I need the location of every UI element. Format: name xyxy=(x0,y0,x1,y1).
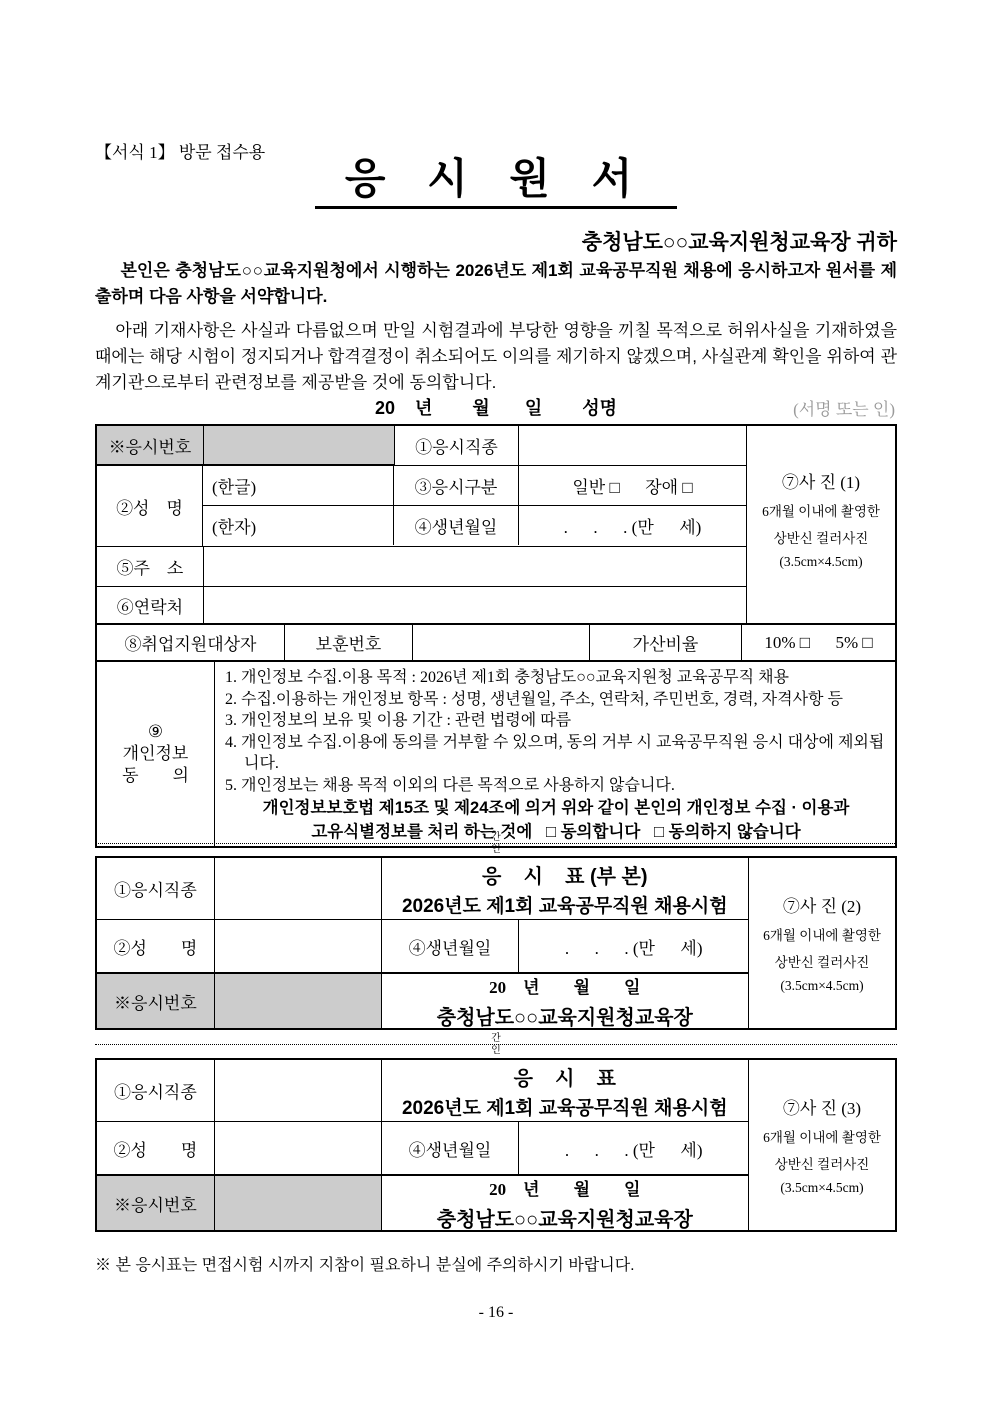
ticket-job-label: ①응시직종 xyxy=(97,1060,215,1121)
ticket-left-grid: ①응시직종 응 시 표 2026년도 제1회 교육공무직원 채용시험 ②성 명 … xyxy=(97,1060,749,1230)
exam-number-label: ※응시번호 xyxy=(97,426,204,466)
application-table: ※응시번호 ①응시직종 ②성 명 (한글) ③응시구분 일반 □ 장애 □ xyxy=(95,424,897,848)
address-input-cell[interactable] xyxy=(204,547,746,586)
ticket-job-input-cell[interactable] xyxy=(215,1060,382,1121)
category-label: ③응시구분 xyxy=(394,466,519,505)
ticket-copy-issuer: 충청남도○○교육지원청교육장 xyxy=(437,1001,693,1030)
ticket-copy-title-cell: 응 시 표 (부 본) 2026년도 제1회 교육공무직원 채용시험 xyxy=(382,858,748,919)
page-title: 응 시 원 서 xyxy=(315,156,677,209)
birth-date-label: ④생년월일 xyxy=(394,506,519,545)
photo-box-1: ⑦사 진 (1) 6개월 이내에 촬영한 상반신 컬러사진 (3.5cm×4.5… xyxy=(747,426,895,623)
photo-2-line1: 6개월 이내에 촬영한 xyxy=(763,924,881,944)
ticket-copy-exam-number-label: ※응시번호 xyxy=(97,974,215,1028)
separator-top-char: 간 xyxy=(95,1033,897,1044)
ticket-copy-job-label: ①응시직종 xyxy=(97,858,215,919)
ticket-title: 응 시 표 xyxy=(514,1062,616,1091)
document-title-row: 응 시 원 서 xyxy=(0,156,992,209)
date-signature-row: 20 년 월 일 성명 (서명 또는 인) xyxy=(95,394,897,420)
separator-bottom-char: 인 xyxy=(95,844,897,855)
exam-ticket-copy-table: ①응시직종 응 시 표 (부 본) 2026년도 제1회 교육공무직원 채용시험… xyxy=(95,856,897,1030)
address-label: ⑤주 소 xyxy=(97,547,204,586)
veteran-number-label: 보훈번호 xyxy=(285,625,413,660)
photo-2-line3: (3.5cm×4.5cm) xyxy=(780,978,863,994)
ticket-copy-subtitle: 2026년도 제1회 교육공무직원 채용시험 xyxy=(402,891,728,918)
agreement-paragraph: 아래 기재사항은 사실과 다름없으며 만일 시험결과에 부당한 영향을 끼칠 목… xyxy=(95,318,897,396)
ticket-copy-name-label: ②성 명 xyxy=(97,920,215,972)
birth-date-input-cell[interactable]: . . . (만 세) xyxy=(519,506,746,545)
photo-1-line1: 6개월 이내에 촬영한 xyxy=(762,500,880,520)
privacy-consent-body: 1. 개인정보 수집.이용 목적 : 2026년 제1회 충청남도○○교육지원청… xyxy=(215,662,895,846)
contact-input-cell[interactable] xyxy=(204,587,746,623)
row-contact: ⑥연락처 xyxy=(97,586,746,623)
separator-top-char: 간 xyxy=(95,832,897,843)
row-name-group: ②성 명 (한글) ③응시구분 일반 □ 장애 □ (한자) ④생년월일 . .… xyxy=(97,466,746,546)
photo-1-title: ⑦사 진 (1) xyxy=(782,468,860,493)
ticket-copy-title: 응 시 표 (부 본) xyxy=(482,860,648,889)
privacy-item: 4. 개인정보 수집.이용에 동의를 거부할 수 있으며, 동의 거부 시 교육… xyxy=(225,732,887,775)
page-number: - 16 - xyxy=(0,1304,992,1322)
ticket-exam-number-label: ※응시번호 xyxy=(97,1176,215,1230)
ticket-copy-job-input-cell[interactable] xyxy=(215,858,382,919)
photo-2-title: ⑦사 진 (2) xyxy=(783,892,861,917)
ticket-copy-left-grid: ①응시직종 응 시 표 (부 본) 2026년도 제1회 교육공무직원 채용시험… xyxy=(97,858,749,1028)
ticket-exam-number-input-cell[interactable] xyxy=(215,1176,382,1230)
job-type-label: ①응시직종 xyxy=(395,426,520,466)
name-hangul-hint: (한글) xyxy=(212,473,256,498)
application-left-grid: ※응시번호 ①응시직종 ②성 명 (한글) ③응시구분 일반 □ 장애 □ xyxy=(97,426,747,623)
ticket-row-name: ②성 명 ④생년월일 . . . (만 세) xyxy=(97,1122,748,1174)
ticket-birth-label: ④생년월일 xyxy=(382,1122,520,1174)
ticket-copy-row-exam-number: ※응시번호 20 년 월 일 충청남도○○교육지원청교육장 xyxy=(97,972,748,1028)
photo-3-title: ⑦사 진 (3) xyxy=(783,1094,861,1119)
row-exam-number: ※응시번호 ①응시직종 xyxy=(97,426,746,466)
ticket-issue-date: 20 년 월 일 xyxy=(489,1175,640,1200)
ticket-copy-issue-cell: 20 년 월 일 충청남도○○교육지원청교육장 xyxy=(382,974,748,1028)
document-page: 【서식 1】 방문 접수용 응 시 원 서 충청남도○○교육지원청교육장 귀하 … xyxy=(0,0,992,1403)
privacy-label-line1: 개인정보 xyxy=(123,743,189,765)
photo-1-line3: (3.5cm×4.5cm) xyxy=(779,554,862,570)
ticket-birth-input-cell[interactable]: . . . (만 세) xyxy=(519,1122,748,1174)
photo-box-3: ⑦사 진 (3) 6개월 이내에 촬영한 상반신 컬러사진 (3.5cm×4.5… xyxy=(749,1060,895,1230)
row-veteran: ⑧취업지원대상자 보훈번호 가산비율 10% □ 5% □ xyxy=(97,623,895,660)
ticket-copy-row-job: ①응시직종 응 시 표 (부 본) 2026년도 제1회 교육공무직원 채용시험 xyxy=(97,858,748,920)
perforation-separator-1: 간 인 xyxy=(95,832,897,855)
bonus-rate-checkboxes[interactable]: 10% □ 5% □ xyxy=(742,625,895,660)
privacy-item: 3. 개인정보의 보유 및 이용 기간 : 관련 법령에 따름 xyxy=(225,710,887,732)
job-type-input-cell[interactable] xyxy=(519,426,746,466)
consent-statement-line1: 개인정보보호법 제15조 및 제24조에 의거 위와 같이 본인의 개인정보 수… xyxy=(225,797,887,820)
privacy-consent-label: ⑨ 개인정보 동 의 xyxy=(97,662,215,846)
photo-2-line2: 상반신 컬러사진 xyxy=(775,951,870,971)
application-top-section: ※응시번호 ①응시직종 ②성 명 (한글) ③응시구분 일반 □ 장애 □ xyxy=(97,426,895,623)
ticket-issuer: 충청남도○○교육지원청교육장 xyxy=(437,1203,693,1232)
privacy-no: ⑨ xyxy=(148,721,163,743)
pledge-paragraph: 본인은 충청남도○○교육지원청에서 시행하는 2026년도 제1회 교육공무직원… xyxy=(95,258,897,310)
ticket-copy-issue-date: 20 년 월 일 xyxy=(489,973,640,998)
row-privacy-consent: ⑨ 개인정보 동 의 1. 개인정보 수집.이용 목적 : 2026년 제1회 … xyxy=(97,660,895,846)
veteran-label: ⑧취업지원대상자 xyxy=(97,625,285,660)
sign-or-seal-hint: (서명 또는 인) xyxy=(793,395,895,420)
category-checkboxes[interactable]: 일반 □ 장애 □ xyxy=(519,466,746,505)
ticket-issue-cell: 20 년 월 일 충청남도○○교육지원청교육장 xyxy=(382,1176,748,1230)
privacy-label-line2: 동 의 xyxy=(122,765,189,787)
photo-3-line1: 6개월 이내에 촬영한 xyxy=(763,1126,881,1146)
separator-bottom-char: 인 xyxy=(95,1045,897,1056)
photo-3-line3: (3.5cm×4.5cm) xyxy=(780,1180,863,1196)
exam-number-input-cell[interactable] xyxy=(204,426,395,466)
contact-label: ⑥연락처 xyxy=(97,587,204,623)
name-hanja-hint: (한자) xyxy=(212,513,256,538)
ticket-copy-exam-number-input-cell[interactable] xyxy=(215,974,382,1028)
veteran-number-input-cell[interactable] xyxy=(413,625,590,660)
name-label: ②성 명 xyxy=(97,466,203,546)
ticket-copy-row-name: ②성 명 ④생년월일 . . . (만 세) xyxy=(97,920,748,972)
date-name-line: 20 년 월 일 성명 xyxy=(95,394,897,420)
photo-1-line2: 상반신 컬러사진 xyxy=(774,527,869,547)
ticket-copy-name-input-cell[interactable] xyxy=(215,920,382,972)
exam-ticket-table: ①응시직종 응 시 표 2026년도 제1회 교육공무직원 채용시험 ②성 명 … xyxy=(95,1058,897,1232)
name-hanja-input-cell[interactable]: (한자) xyxy=(203,506,394,545)
privacy-item: 2. 수집.이용하는 개인정보 항목 : 성명, 생년월일, 주소, 연락처, … xyxy=(225,689,887,711)
privacy-item: 1. 개인정보 수집.이용 목적 : 2026년 제1회 충청남도○○교육지원청… xyxy=(225,667,887,689)
ticket-name-input-cell[interactable] xyxy=(215,1122,382,1174)
footer-note: ※ 본 응시표는 면접시험 시까지 지참이 필요하니 분실에 주의하시기 바랍니… xyxy=(95,1252,897,1275)
privacy-item: 5. 개인정보는 채용 목적 이외의 다른 목적으로 사용하지 않습니다. xyxy=(225,775,887,797)
photo-box-2: ⑦사 진 (2) 6개월 이내에 촬영한 상반신 컬러사진 (3.5cm×4.5… xyxy=(749,858,895,1028)
ticket-name-label: ②성 명 xyxy=(97,1122,215,1174)
ticket-copy-birth-label: ④생년월일 xyxy=(382,920,520,972)
ticket-subtitle: 2026년도 제1회 교육공무직원 채용시험 xyxy=(402,1093,728,1120)
ticket-row-job: ①응시직종 응 시 표 2026년도 제1회 교육공무직원 채용시험 xyxy=(97,1060,748,1122)
ticket-copy-birth-input-cell[interactable]: . . . (만 세) xyxy=(519,920,748,972)
name-hangul-input-cell[interactable]: (한글) xyxy=(203,466,394,505)
row-address: ⑤주 소 xyxy=(97,546,746,586)
photo-3-line2: 상반신 컬러사진 xyxy=(775,1153,870,1173)
ticket-row-exam-number: ※응시번호 20 년 월 일 충청남도○○교육지원청교육장 xyxy=(97,1174,748,1230)
bonus-rate-label: 가산비율 xyxy=(590,625,742,660)
perforation-separator-2: 간 인 xyxy=(95,1033,897,1056)
recipient-line: 충청남도○○교육지원청교육장 귀하 xyxy=(95,226,897,256)
ticket-title-cell: 응 시 표 2026년도 제1회 교육공무직원 채용시험 xyxy=(382,1060,748,1121)
